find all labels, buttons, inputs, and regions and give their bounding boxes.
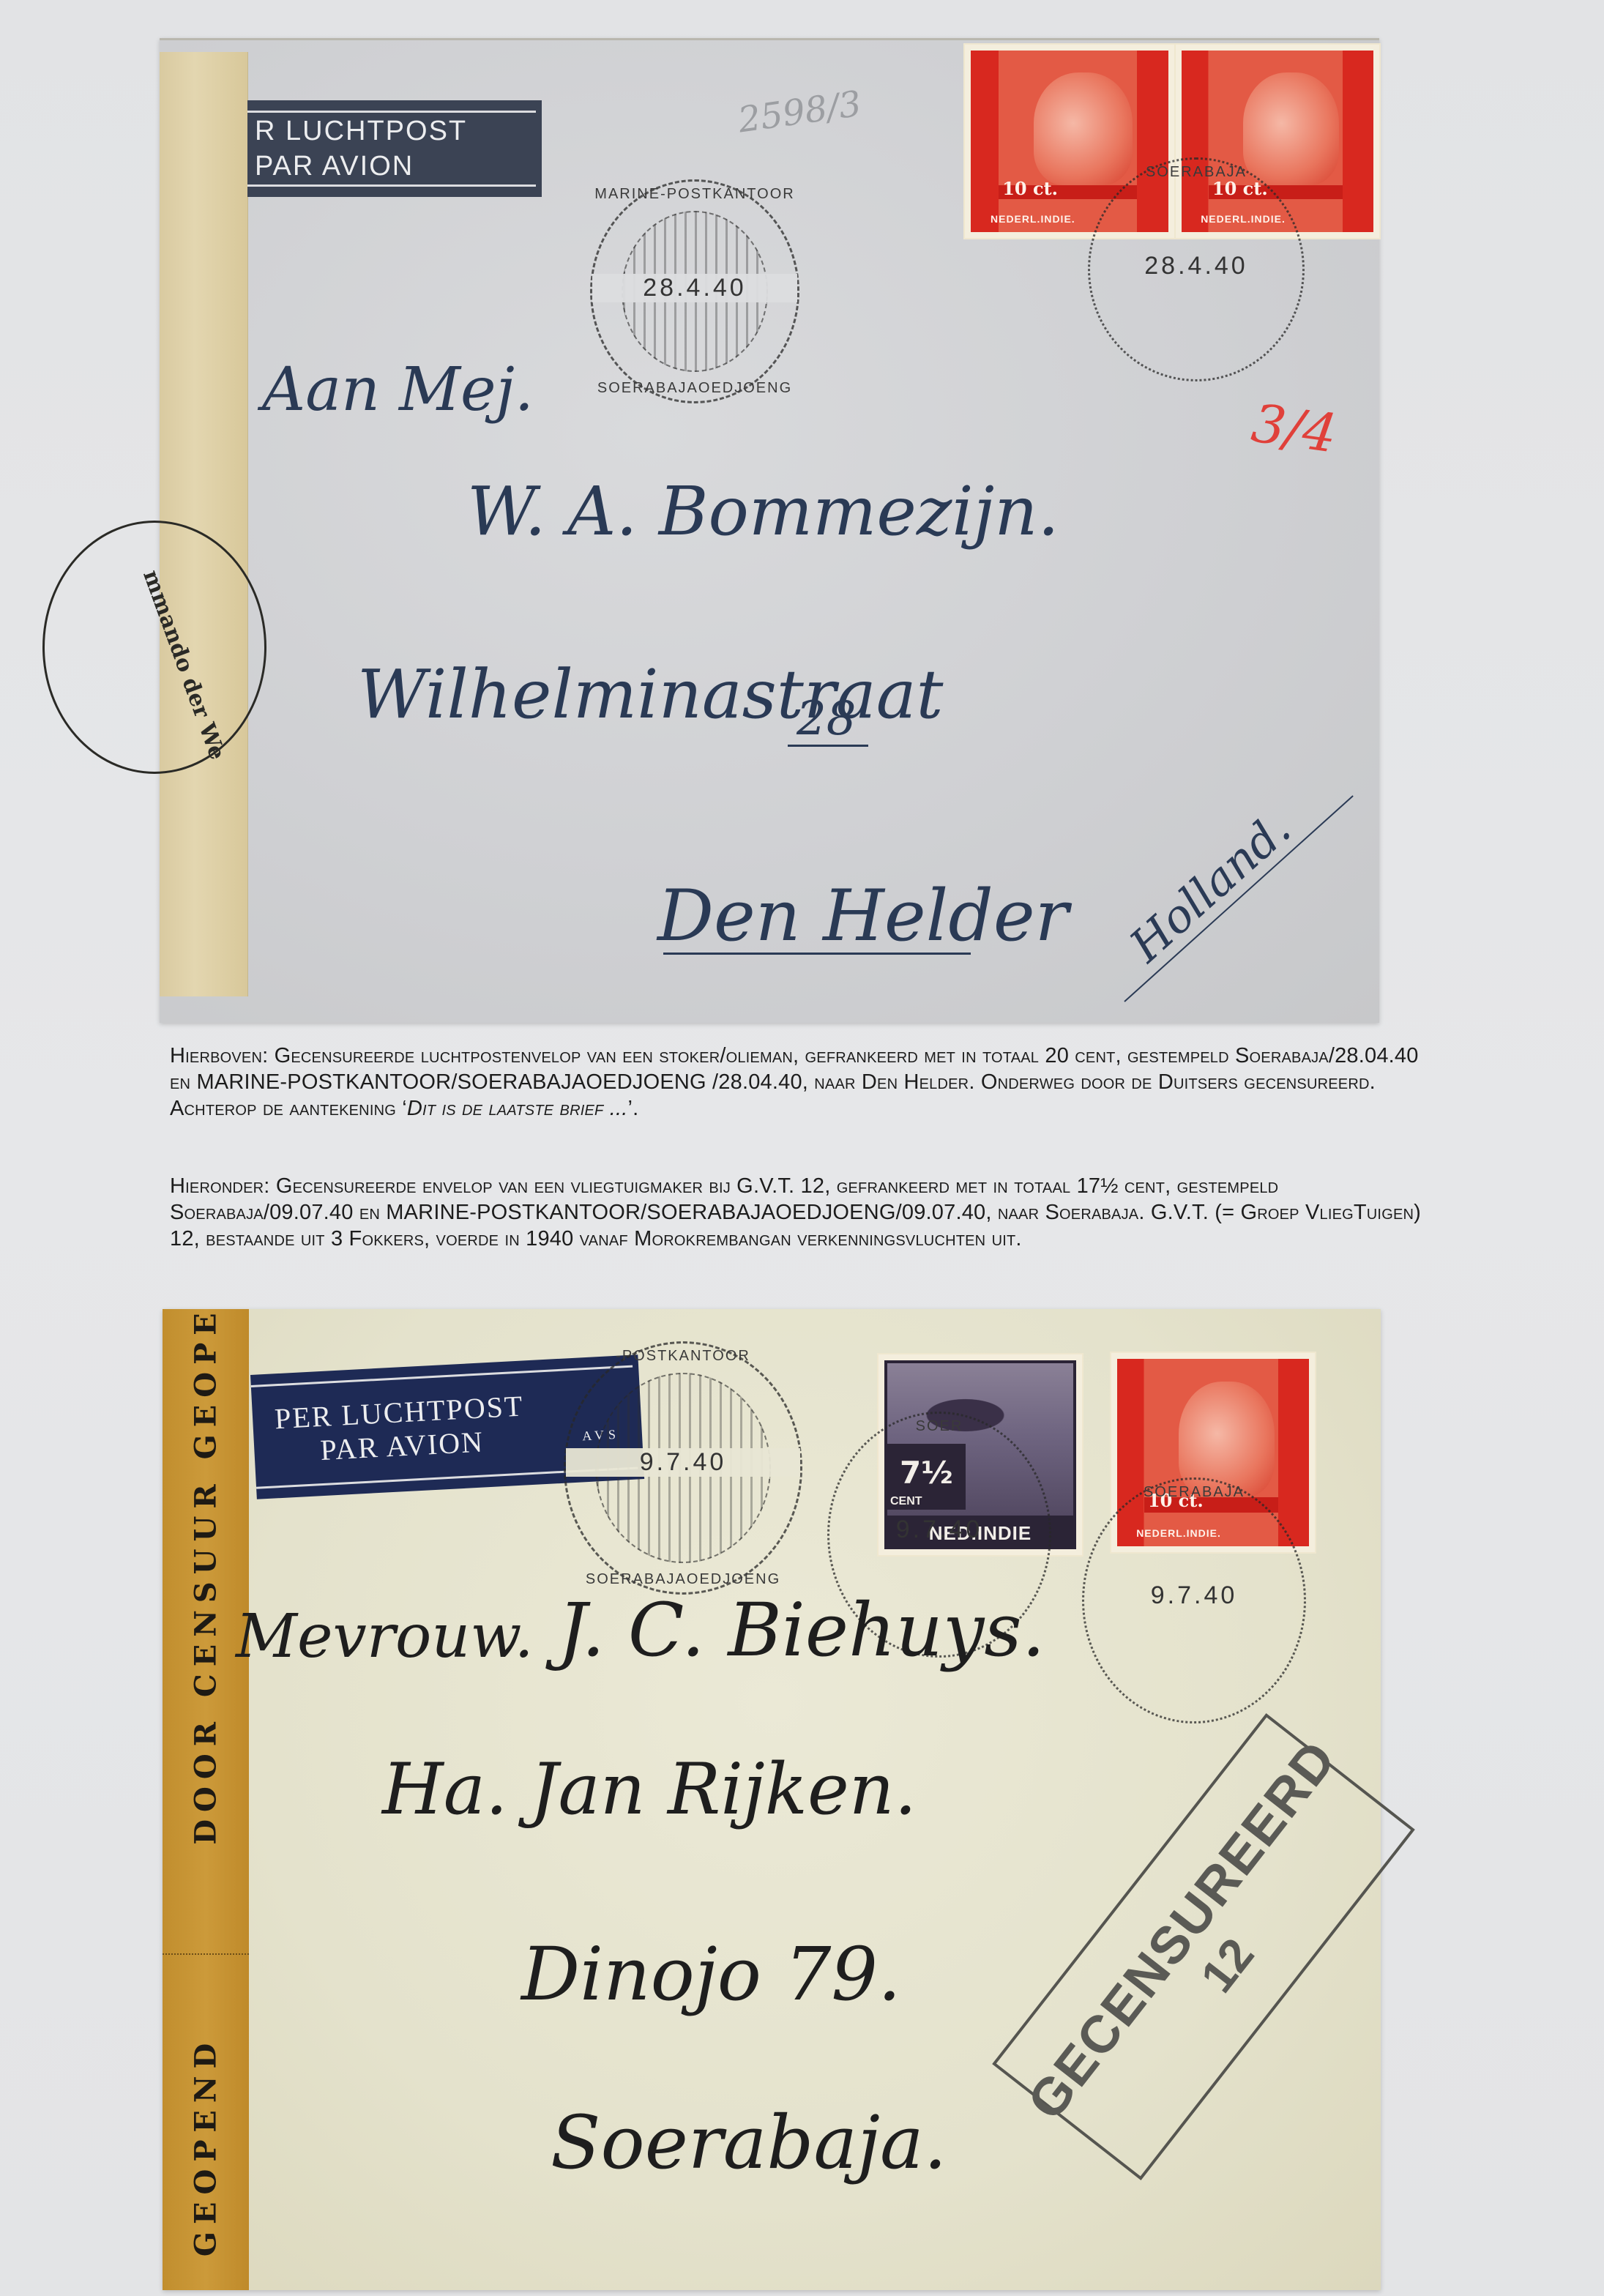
postmark-date: 9.7.40 (566, 1448, 800, 1477)
address-name: W. A. Bommezijn. (467, 472, 1059, 551)
postmark-top-text: SOERABAJA (1090, 164, 1302, 181)
postmark-top-text: SOER (829, 1418, 1049, 1435)
caption-below-text: Gecensureerde envelop van een vliegtuigm… (170, 1174, 1421, 1250)
postmark-top-text: MARINE-POSTKANTOOR (592, 186, 797, 203)
address-city: Den Helder (657, 875, 1069, 957)
airmail-label-line2: PAR AVION (255, 149, 542, 184)
postmark-date: 28.4.40 (592, 274, 797, 302)
german-censor-tape: mmando der We (160, 52, 248, 996)
postmark-top-text: SOERABAJA (1084, 1484, 1304, 1501)
caption-below: Hieronder: Gecensureerde envelop van een… (170, 1173, 1429, 1252)
tape-perforation (163, 1953, 249, 1955)
envelope-top: mmando der We R LUCHTPOST PAR AVION 2598… (160, 38, 1379, 1023)
address-city: Soerabaja. (551, 2100, 947, 2185)
stamp-country: NEDERL.INDIE. (991, 213, 1075, 225)
stamp-value: 10 ct. (1002, 178, 1058, 199)
censor-tape-text-door-censuur: DOOR CENSUUR GEOPE (189, 1305, 223, 1844)
postmark-soerabaja: SOERABAJA 28.4.40 (1088, 157, 1305, 381)
german-censor-seal: mmando der We (42, 521, 266, 774)
address-salutation: Mevrouw. (236, 1602, 534, 1671)
address-number: 28 (797, 692, 856, 746)
postmark-date: 9.7.40 (1084, 1581, 1304, 1610)
censor-tape-text-geopend: GEOPEND (189, 2036, 223, 2256)
pencil-note: 2598/3 (736, 83, 864, 141)
postmark-date: 28.4.40 (1090, 252, 1302, 280)
address-salutation: Aan Mej. (262, 355, 534, 425)
address-care-of: Ha. Jan Rijken. (382, 1748, 917, 1830)
postmark-bottom-text: SOERABAJAOEDJOENG (566, 1571, 800, 1588)
caption-above-text: Gecensureerde luchtpostenvelop van een s… (170, 1044, 1419, 1120)
postmark-bottom-text: SOERABAJAOEDJOENG (592, 380, 797, 397)
airmail-label-line1: R LUCHTPOST (255, 113, 542, 149)
postmark-top-text: -POSTKANTOOR (566, 1348, 800, 1365)
address-name: J. C. Biehuys. (558, 1587, 1045, 1673)
postmark-marine-postkantoor: -POSTKANTOOR 9.7.40 SOERABAJAOEDJOENG (564, 1341, 802, 1595)
dutch-censor-tape: DOOR CENSUUR GEOPE GEOPEND (163, 1309, 249, 2290)
german-censor-seal-text: mmando der We (138, 567, 230, 763)
postmark-marine-postkantoor: MARINE-POSTKANTOOR 28.4.40 SOERABAJAOEDJ… (590, 179, 799, 403)
caption-below-lead: Hieronder: (170, 1174, 270, 1198)
album-page: mmando der We R LUCHTPOST PAR AVION 2598… (0, 0, 1604, 2296)
red-pencil-note: 3/4 (1248, 392, 1340, 464)
caption-above-lead: Hierboven: (170, 1044, 268, 1067)
postmark-soerabaja-2: SOERABAJA 9.7.40 (1082, 1477, 1306, 1723)
address-street: Dinojo 79. (521, 1931, 901, 2017)
airmail-label: R LUCHTPOST PAR AVION (247, 100, 542, 197)
address-country: Holland. (1119, 802, 1301, 972)
caption-above-quote: Dit is de laatste brief ... (407, 1097, 628, 1120)
postmark-date: 9.7.40 (829, 1516, 1049, 1544)
caption-above: Hierboven: Gecensureerde luchtpostenvelo… (170, 1043, 1429, 1122)
